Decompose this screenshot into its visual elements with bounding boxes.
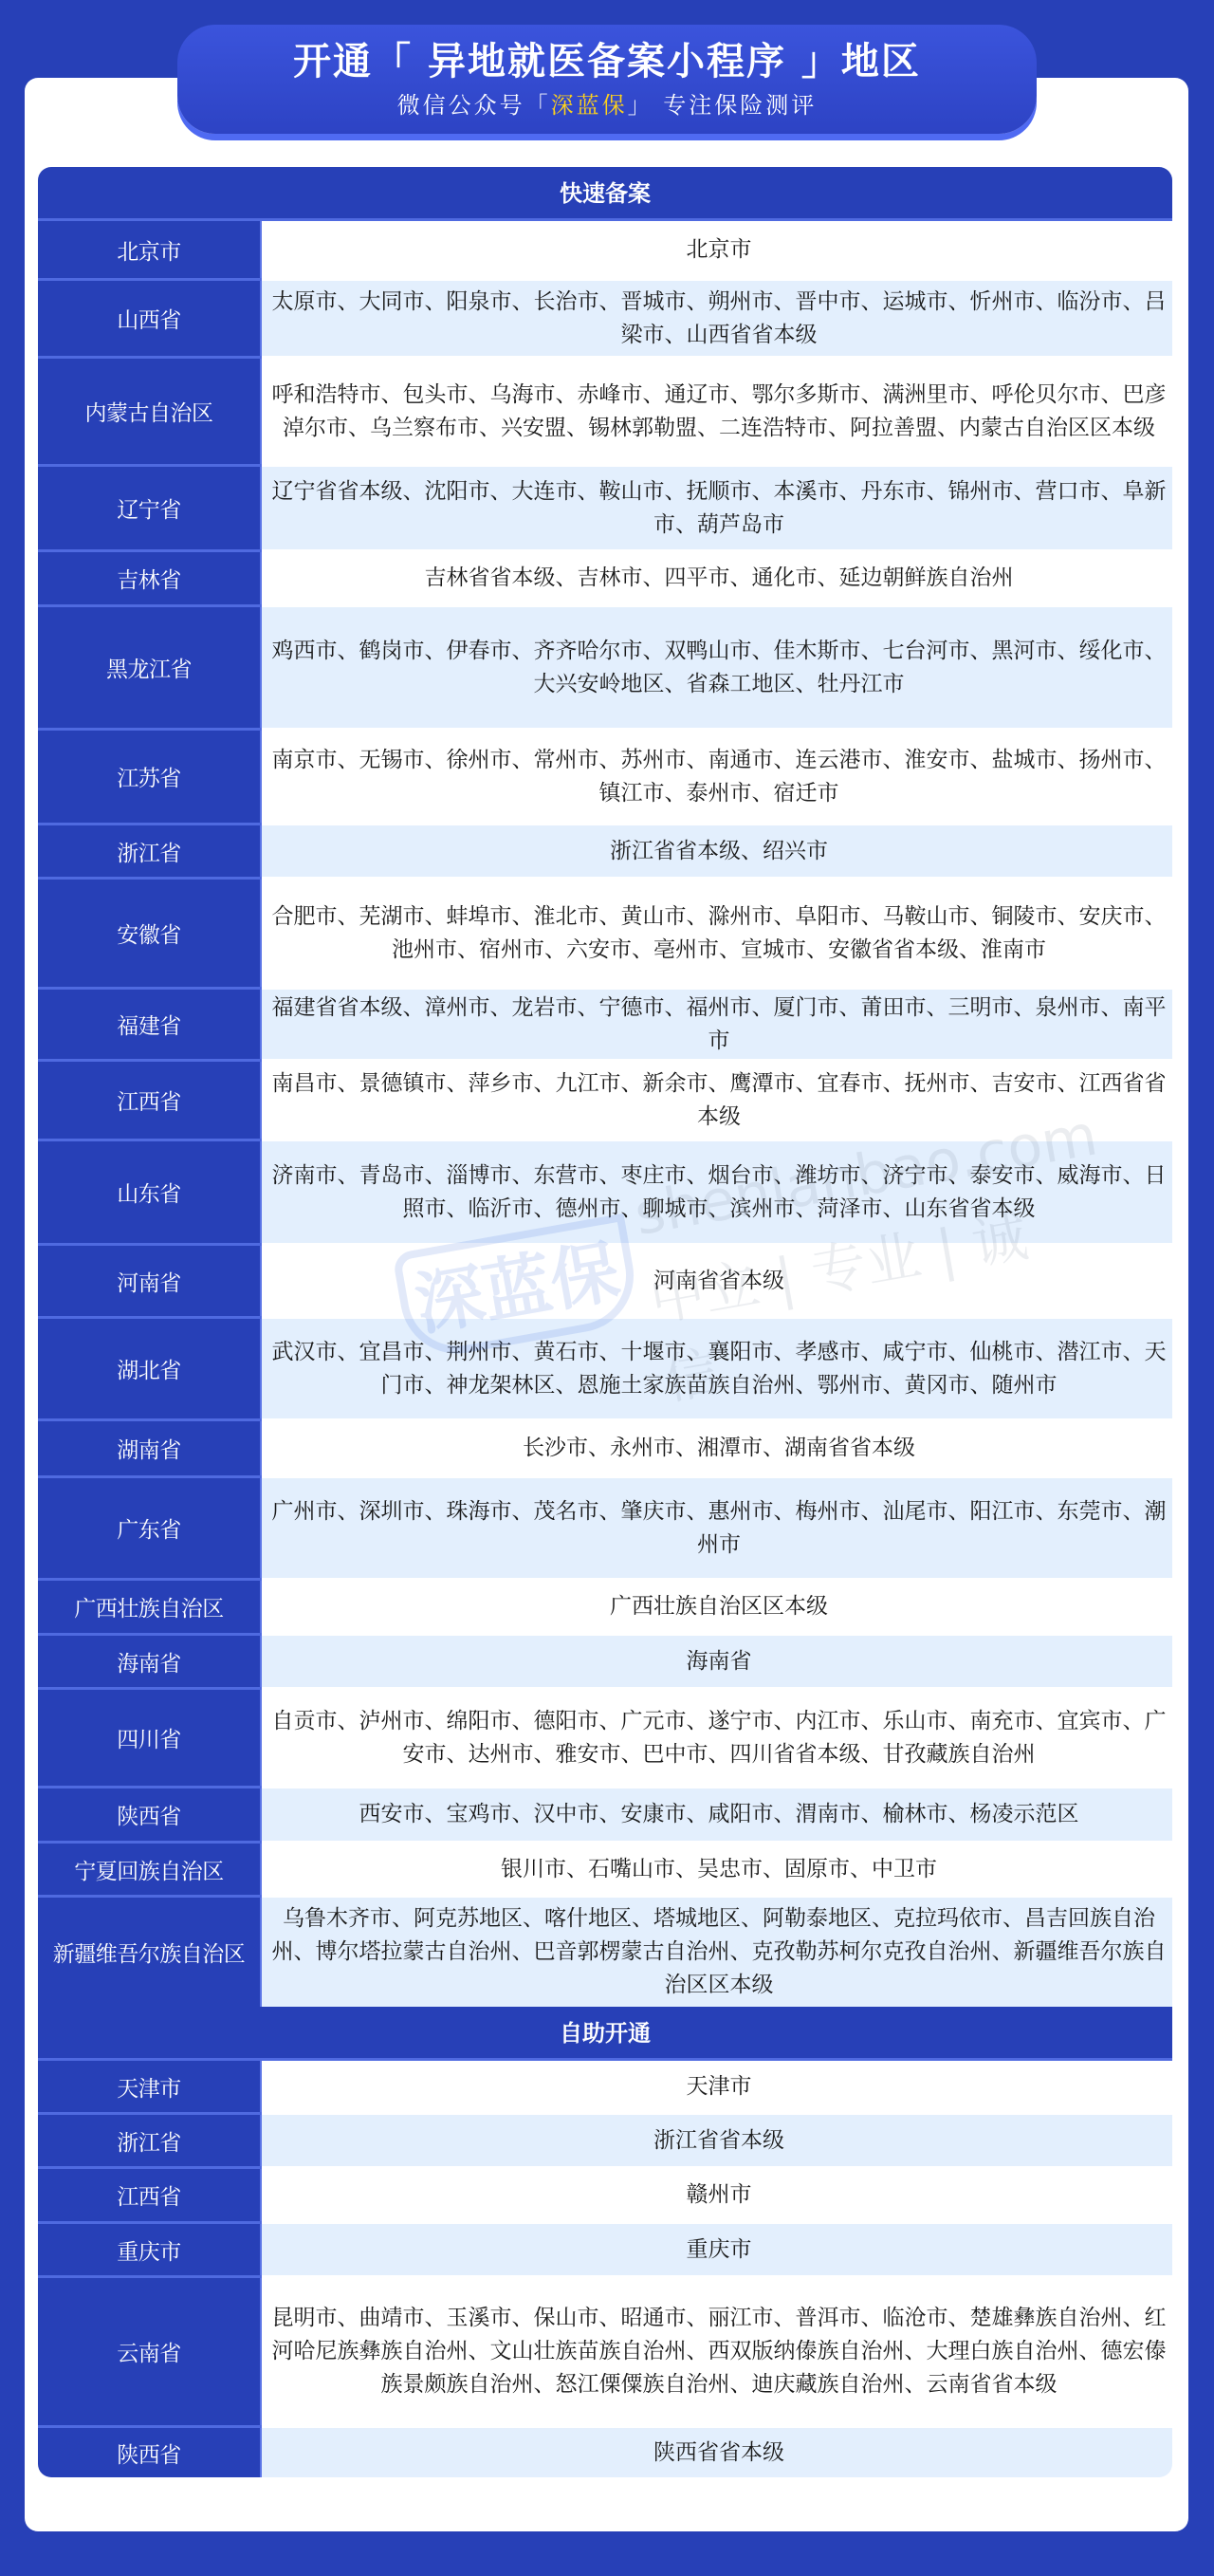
cities-cell: 广州市、深圳市、珠海市、茂名市、肇庆市、惠州市、梅州市、汕尾市、阳江市、东莞市、… (262, 1478, 1172, 1578)
banner-subtitle: 微信公众号「深蓝保」 专注保险测评 (177, 91, 1037, 120)
cities-cell: 南京市、无锡市、徐州市、常州市、苏州市、南通市、连云港市、淮安市、盐城市、扬州市… (262, 731, 1172, 823)
province-cell: 福建省 (38, 990, 262, 1059)
cities-cell: 西安市、宝鸡市、汉中市、安康市、咸阳市、渭南市、榆林市、杨凌示范区 (262, 1788, 1172, 1841)
cities-cell: 浙江省省本级 (262, 2115, 1172, 2166)
table-row: 陕西省陕西省省本级 (38, 2428, 1172, 2477)
cities-cell: 南昌市、景德镇市、萍乡市、九江市、新余市、鹰潭市、宜春市、抚州市、吉安市、江西省… (262, 1062, 1172, 1139)
cities-cell: 浙江省省本级、绍兴市 (262, 825, 1172, 877)
cities-cell: 海南省 (262, 1636, 1172, 1687)
province-cell: 广西壮族自治区 (38, 1581, 262, 1633)
province-cell: 湖北省 (38, 1319, 262, 1418)
table-row: 陕西省西安市、宝鸡市、汉中市、安康市、咸阳市、渭南市、榆林市、杨凌示范区 (38, 1788, 1172, 1844)
table-row: 黑龙江省鸡西市、鹤岗市、伊春市、齐齐哈尔市、双鸭山市、佳木斯市、七台河市、黑河市… (38, 607, 1172, 731)
province-cell: 江西省 (38, 2169, 262, 2221)
province-cell: 北京市 (38, 221, 262, 278)
table-row: 浙江省浙江省省本级、绍兴市 (38, 825, 1172, 880)
province-cell: 新疆维吾尔族自治区 (38, 1898, 262, 2007)
table-row: 江西省南昌市、景德镇市、萍乡市、九江市、新余市、鹰潭市、宜春市、抚州市、吉安市、… (38, 1062, 1172, 1141)
province-cell: 陕西省 (38, 1788, 262, 1841)
cities-cell: 吉林省省本级、吉林市、四平市、通化市、延边朝鲜族自治州 (262, 552, 1172, 604)
table-row: 广西壮族自治区广西壮族自治区区本级 (38, 1581, 1172, 1636)
cities-cell: 赣州市 (262, 2169, 1172, 2221)
province-cell: 黑龙江省 (38, 607, 262, 728)
table-row: 山西省太原市、大同市、阳泉市、长治市、晋城市、朔州市、晋中市、运城市、忻州市、临… (38, 281, 1172, 359)
province-cell: 湖南省 (38, 1421, 262, 1475)
cities-cell: 合肥市、芜湖市、蚌埠市、淮北市、黄山市、滁州市、阜阳市、马鞍山市、铜陵市、安庆市… (262, 880, 1172, 987)
province-cell: 山西省 (38, 281, 262, 356)
province-cell: 浙江省 (38, 825, 262, 877)
cities-cell: 昆明市、曲靖市、玉溪市、保山市、昭通市、丽江市、普洱市、临沧市、楚雄彝族自治州、… (262, 2278, 1172, 2425)
province-cell: 四川省 (38, 1690, 262, 1786)
province-cell: 天津市 (38, 2061, 262, 2112)
section-header-self-service: 自助开通 (38, 2007, 1172, 2061)
table-row: 吉林省吉林省省本级、吉林市、四平市、通化市、延边朝鲜族自治州 (38, 552, 1172, 607)
province-cell: 内蒙古自治区 (38, 359, 262, 464)
page-title: 开通「 异地就医备案小程序 」地区 (177, 25, 1037, 83)
province-cell: 辽宁省 (38, 467, 262, 549)
table-row: 山东省济南市、青岛市、淄博市、东营市、枣庄市、烟台市、潍坊市、济宁市、泰安市、威… (38, 1141, 1172, 1246)
table-row: 辽宁省辽宁省省本级、沈阳市、大连市、鞍山市、抚顺市、本溪市、丹东市、锦州市、营口… (38, 467, 1172, 552)
cities-cell: 自贡市、泸州市、绵阳市、德阳市、广元市、遂宁市、内江市、乐山市、南充市、宜宾市、… (262, 1690, 1172, 1786)
province-cell: 广东省 (38, 1478, 262, 1578)
table-row: 北京市北京市 (38, 221, 1172, 281)
cities-cell: 鸡西市、鹤岗市、伊春市、齐齐哈尔市、双鸭山市、佳木斯市、七台河市、黑河市、绥化市… (262, 607, 1172, 728)
cities-cell: 乌鲁木齐市、阿克苏地区、喀什地区、塔城地区、阿勒泰地区、克拉玛依市、昌吉回族自治… (262, 1898, 1172, 2007)
region-table: 快速备案 北京市北京市山西省太原市、大同市、阳泉市、长治市、晋城市、朔州市、晋中… (38, 167, 1172, 2477)
table-row: 河南省河南省省本级 (38, 1246, 1172, 1319)
subtitle-suffix: 」 专注保险测评 (628, 92, 818, 119)
table-row: 福建省福建省省本级、漳州市、龙岩市、宁德市、福州市、厦门市、莆田市、三明市、泉州… (38, 990, 1172, 1062)
section-header-quick-filing: 快速备案 (38, 167, 1172, 221)
cities-cell: 天津市 (262, 2061, 1172, 2112)
table-row: 宁夏回族自治区银川市、石嘴山市、吴忠市、固原市、中卫市 (38, 1844, 1172, 1898)
province-cell: 宁夏回族自治区 (38, 1844, 262, 1895)
cities-cell: 陕西省省本级 (262, 2428, 1172, 2477)
table-row: 广东省广州市、深圳市、珠海市、茂名市、肇庆市、惠州市、梅州市、汕尾市、阳江市、东… (38, 1478, 1172, 1581)
cities-cell: 北京市 (262, 221, 1172, 278)
table-row: 重庆市重庆市 (38, 2224, 1172, 2278)
table-row: 江西省赣州市 (38, 2169, 1172, 2224)
subtitle-prefix: 微信公众号「 (397, 92, 551, 119)
table-row: 浙江省浙江省省本级 (38, 2115, 1172, 2169)
table-row: 内蒙古自治区呼和浩特市、包头市、乌海市、赤峰市、通辽市、鄂尔多斯市、满洲里市、呼… (38, 359, 1172, 467)
table-row: 安徽省合肥市、芜湖市、蚌埠市、淮北市、黄山市、滁州市、阜阳市、马鞍山市、铜陵市、… (38, 880, 1172, 990)
cities-cell: 长沙市、永州市、湘潭市、湖南省省本级 (262, 1421, 1172, 1475)
province-cell: 河南省 (38, 1246, 262, 1316)
table-row: 湖北省武汉市、宜昌市、荆州市、黄石市、十堰市、襄阳市、孝感市、咸宁市、仙桃市、潜… (38, 1319, 1172, 1421)
title-banner: 开通「 异地就医备案小程序 」地区 微信公众号「深蓝保」 专注保险测评 (177, 25, 1037, 134)
cities-cell: 福建省省本级、漳州市、龙岩市、宁德市、福州市、厦门市、莆田市、三明市、泉州市、南… (262, 990, 1172, 1059)
province-cell: 山东省 (38, 1141, 262, 1243)
province-cell: 海南省 (38, 1636, 262, 1687)
cities-cell: 呼和浩特市、包头市、乌海市、赤峰市、通辽市、鄂尔多斯市、满洲里市、呼伦贝尔市、巴… (262, 359, 1172, 464)
table-row: 江苏省南京市、无锡市、徐州市、常州市、苏州市、南通市、连云港市、淮安市、盐城市、… (38, 731, 1172, 825)
cities-cell: 济南市、青岛市、淄博市、东营市、枣庄市、烟台市、潍坊市、济宁市、泰安市、威海市、… (262, 1141, 1172, 1243)
province-cell: 江西省 (38, 1062, 262, 1139)
cities-cell: 辽宁省省本级、沈阳市、大连市、鞍山市、抚顺市、本溪市、丹东市、锦州市、营口市、阜… (262, 467, 1172, 549)
cities-cell: 银川市、石嘴山市、吴忠市、固原市、中卫市 (262, 1844, 1172, 1895)
brand-name: 深蓝保 (551, 92, 628, 119)
cities-cell: 太原市、大同市、阳泉市、长治市、晋城市、朔州市、晋中市、运城市、忻州市、临汾市、… (262, 281, 1172, 356)
table-row: 天津市天津市 (38, 2061, 1172, 2115)
province-cell: 安徽省 (38, 880, 262, 987)
table-row: 湖南省长沙市、永州市、湘潭市、湖南省省本级 (38, 1421, 1172, 1478)
cities-cell: 武汉市、宜昌市、荆州市、黄石市、十堰市、襄阳市、孝感市、咸宁市、仙桃市、潜江市、… (262, 1319, 1172, 1418)
province-cell: 陕西省 (38, 2428, 262, 2477)
table-row: 四川省自贡市、泸州市、绵阳市、德阳市、广元市、遂宁市、内江市、乐山市、南充市、宜… (38, 1690, 1172, 1788)
table-row: 新疆维吾尔族自治区乌鲁木齐市、阿克苏地区、喀什地区、塔城地区、阿勒泰地区、克拉玛… (38, 1898, 1172, 2007)
table-row: 云南省昆明市、曲靖市、玉溪市、保山市、昭通市、丽江市、普洱市、临沧市、楚雄彝族自… (38, 2278, 1172, 2428)
province-cell: 江苏省 (38, 731, 262, 823)
province-cell: 重庆市 (38, 2224, 262, 2275)
section-quick-filing-rows: 北京市北京市山西省太原市、大同市、阳泉市、长治市、晋城市、朔州市、晋中市、运城市… (38, 221, 1172, 2007)
cities-cell: 广西壮族自治区区本级 (262, 1581, 1172, 1633)
province-cell: 云南省 (38, 2278, 262, 2425)
cities-cell: 河南省省本级 (262, 1246, 1172, 1316)
province-cell: 浙江省 (38, 2115, 262, 2166)
cities-cell: 重庆市 (262, 2224, 1172, 2275)
section-self-service-rows: 天津市天津市浙江省浙江省省本级江西省赣州市重庆市重庆市云南省昆明市、曲靖市、玉溪… (38, 2061, 1172, 2477)
table-row: 海南省海南省 (38, 1636, 1172, 1690)
province-cell: 吉林省 (38, 552, 262, 604)
